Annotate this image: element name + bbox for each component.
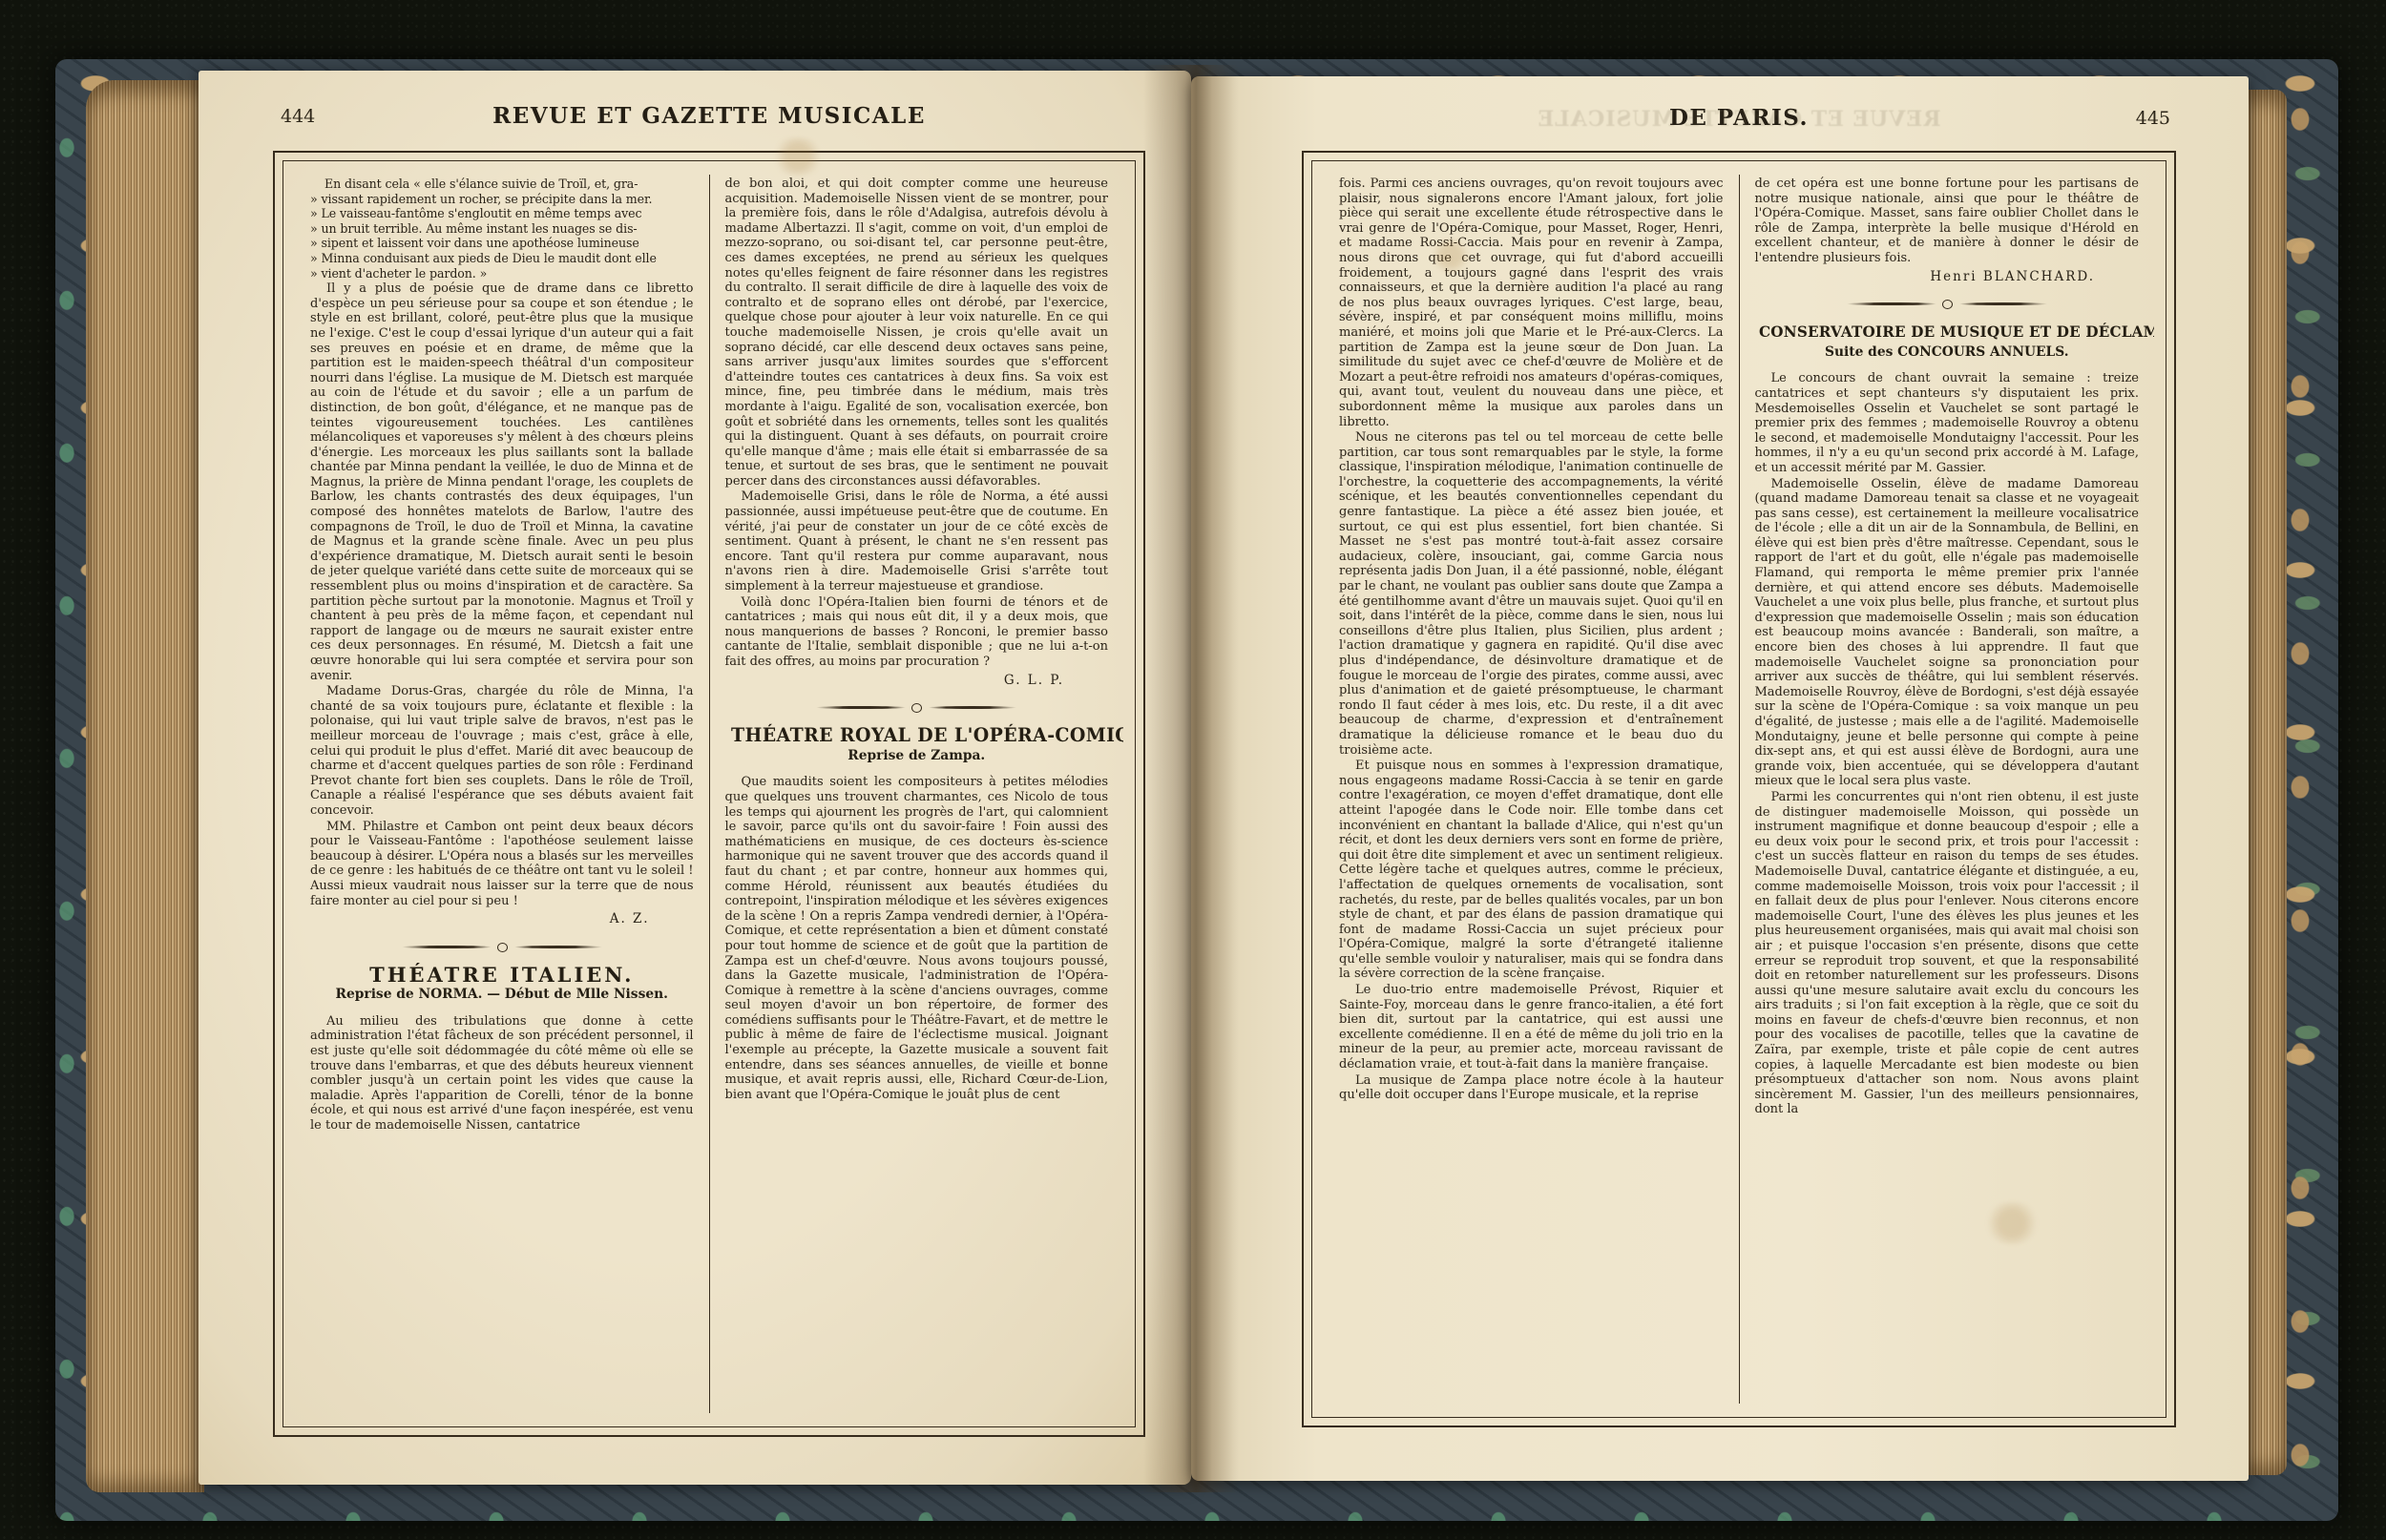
article-subheading: Reprise de NORMA. — Début de Mlle Nissen… xyxy=(310,988,694,1003)
article-subheading: Suite des CONCOURS ANNUELS. xyxy=(1755,345,2140,361)
article-heading: CONSERVATOIRE DE MUSIQUE ET DE DÉCLAMATI… xyxy=(1759,324,2135,340)
author-signature: G. L. P. xyxy=(725,674,1109,689)
column-4: de cet opéra est une bonne fortune pour … xyxy=(1739,175,2155,1404)
printed-page-frame: fois. Parmi ces anciens ouvrages, qu'on … xyxy=(1302,151,2176,1427)
paragraph: Au milieu des tribulations que donne à c… xyxy=(310,1014,694,1134)
column-3: fois. Parmi ces anciens ouvrages, qu'on … xyxy=(1324,175,1739,1404)
paragraph: La musique de Zampa place notre école à … xyxy=(1339,1073,1724,1103)
paragraph: Parmi les concurrentes qui n'ont rien ob… xyxy=(1755,790,2140,1117)
text-columns: fois. Parmi ces anciens ouvrages, qu'on … xyxy=(1312,161,2166,1417)
printed-page-frame: En disant cela « elle s'élance suivie de… xyxy=(273,151,1145,1437)
column-1: En disant cela « elle s'élance suivie de… xyxy=(295,175,709,1413)
paragraph: Mademoiselle Osselin, élève de madame Da… xyxy=(1755,477,2140,789)
paragraph: de bon aloi, et qui doit compter comme u… xyxy=(725,177,1109,489)
paragraph: Le concours de chant ouvrait la semaine … xyxy=(1755,371,2140,475)
author-signature: Henri BLANCHARD. xyxy=(1755,270,2140,285)
fore-edge-pages-left xyxy=(86,80,204,1492)
printed-inner-frame: En disant cela « elle s'élance suivie de… xyxy=(283,160,1136,1427)
paragraph: Et puisque nous en sommes à l'expression… xyxy=(1339,759,1724,982)
article-subheading: Reprise de Zampa. xyxy=(725,749,1109,764)
page-445: REVUE ET GAZETTE MUSICALE DE PARIS. 445 … xyxy=(1191,76,2249,1481)
paragraph: de cet opéra est une bonne fortune pour … xyxy=(1755,177,2140,266)
running-head-right: REVUE ET GAZETTE MUSICALE DE PARIS. 445 xyxy=(1302,105,2176,139)
show-through-text: REVUE ET GAZETTE MUSICALE xyxy=(1302,107,2176,132)
ornament-divider xyxy=(1847,296,2047,311)
paragraph: Mademoiselle Grisi, dans le rôle de Norm… xyxy=(725,489,1109,593)
photo-background: 444 REVUE ET GAZETTE MUSICALE En disant … xyxy=(0,0,2386,1540)
paragraph: MM. Philastre et Cambon ont peint deux b… xyxy=(310,820,694,909)
paragraph: fois. Parmi ces anciens ouvrages, qu'on … xyxy=(1339,177,1724,429)
page-number: 444 xyxy=(281,106,315,127)
paragraph: Madame Dorus-Gras, chargée du rôle de Mi… xyxy=(310,684,694,818)
text-columns: En disant cela « elle s'élance suivie de… xyxy=(283,161,1135,1426)
column-2: de bon aloi, et qui doit compter comme u… xyxy=(709,175,1124,1413)
page-444: 444 REVUE ET GAZETTE MUSICALE En disant … xyxy=(199,71,1191,1485)
running-title: REVUE ET GAZETTE MUSICALE xyxy=(273,103,1145,129)
ornament-divider xyxy=(816,699,1016,715)
ornament-ring xyxy=(497,943,508,952)
ornament-divider xyxy=(402,939,602,954)
paragraph: Que maudits soient les compositeurs à pe… xyxy=(725,775,1109,1102)
page-number: 445 xyxy=(2136,108,2170,129)
paragraph: Nous ne citerons pas tel ou tel morceau … xyxy=(1339,430,1724,758)
paragraph: Voilà donc l'Opéra-Italien bien fourni d… xyxy=(725,595,1109,670)
paragraph: Le duo-trio entre mademoiselle Prévost, … xyxy=(1339,983,1724,1072)
article-heading: THÉATRE ROYAL DE L'OPÉRA-COMIQUE. xyxy=(731,728,1102,743)
ornament-ring xyxy=(1942,300,1953,309)
paragraph: Il y a plus de poésie que de drame dans … xyxy=(310,281,694,683)
ornament-ring xyxy=(911,703,922,713)
printed-inner-frame: fois. Parmi ces anciens ouvrages, qu'on … xyxy=(1311,160,2166,1418)
quoted-passage: En disant cela « elle s'élance suivie de… xyxy=(310,177,694,281)
author-signature: A. Z. xyxy=(310,912,694,927)
fore-edge-pages-right xyxy=(2245,90,2287,1475)
article-heading: THÉATRE ITALIEN. xyxy=(310,968,694,983)
running-head-left: 444 REVUE ET GAZETTE MUSICALE xyxy=(273,103,1145,137)
